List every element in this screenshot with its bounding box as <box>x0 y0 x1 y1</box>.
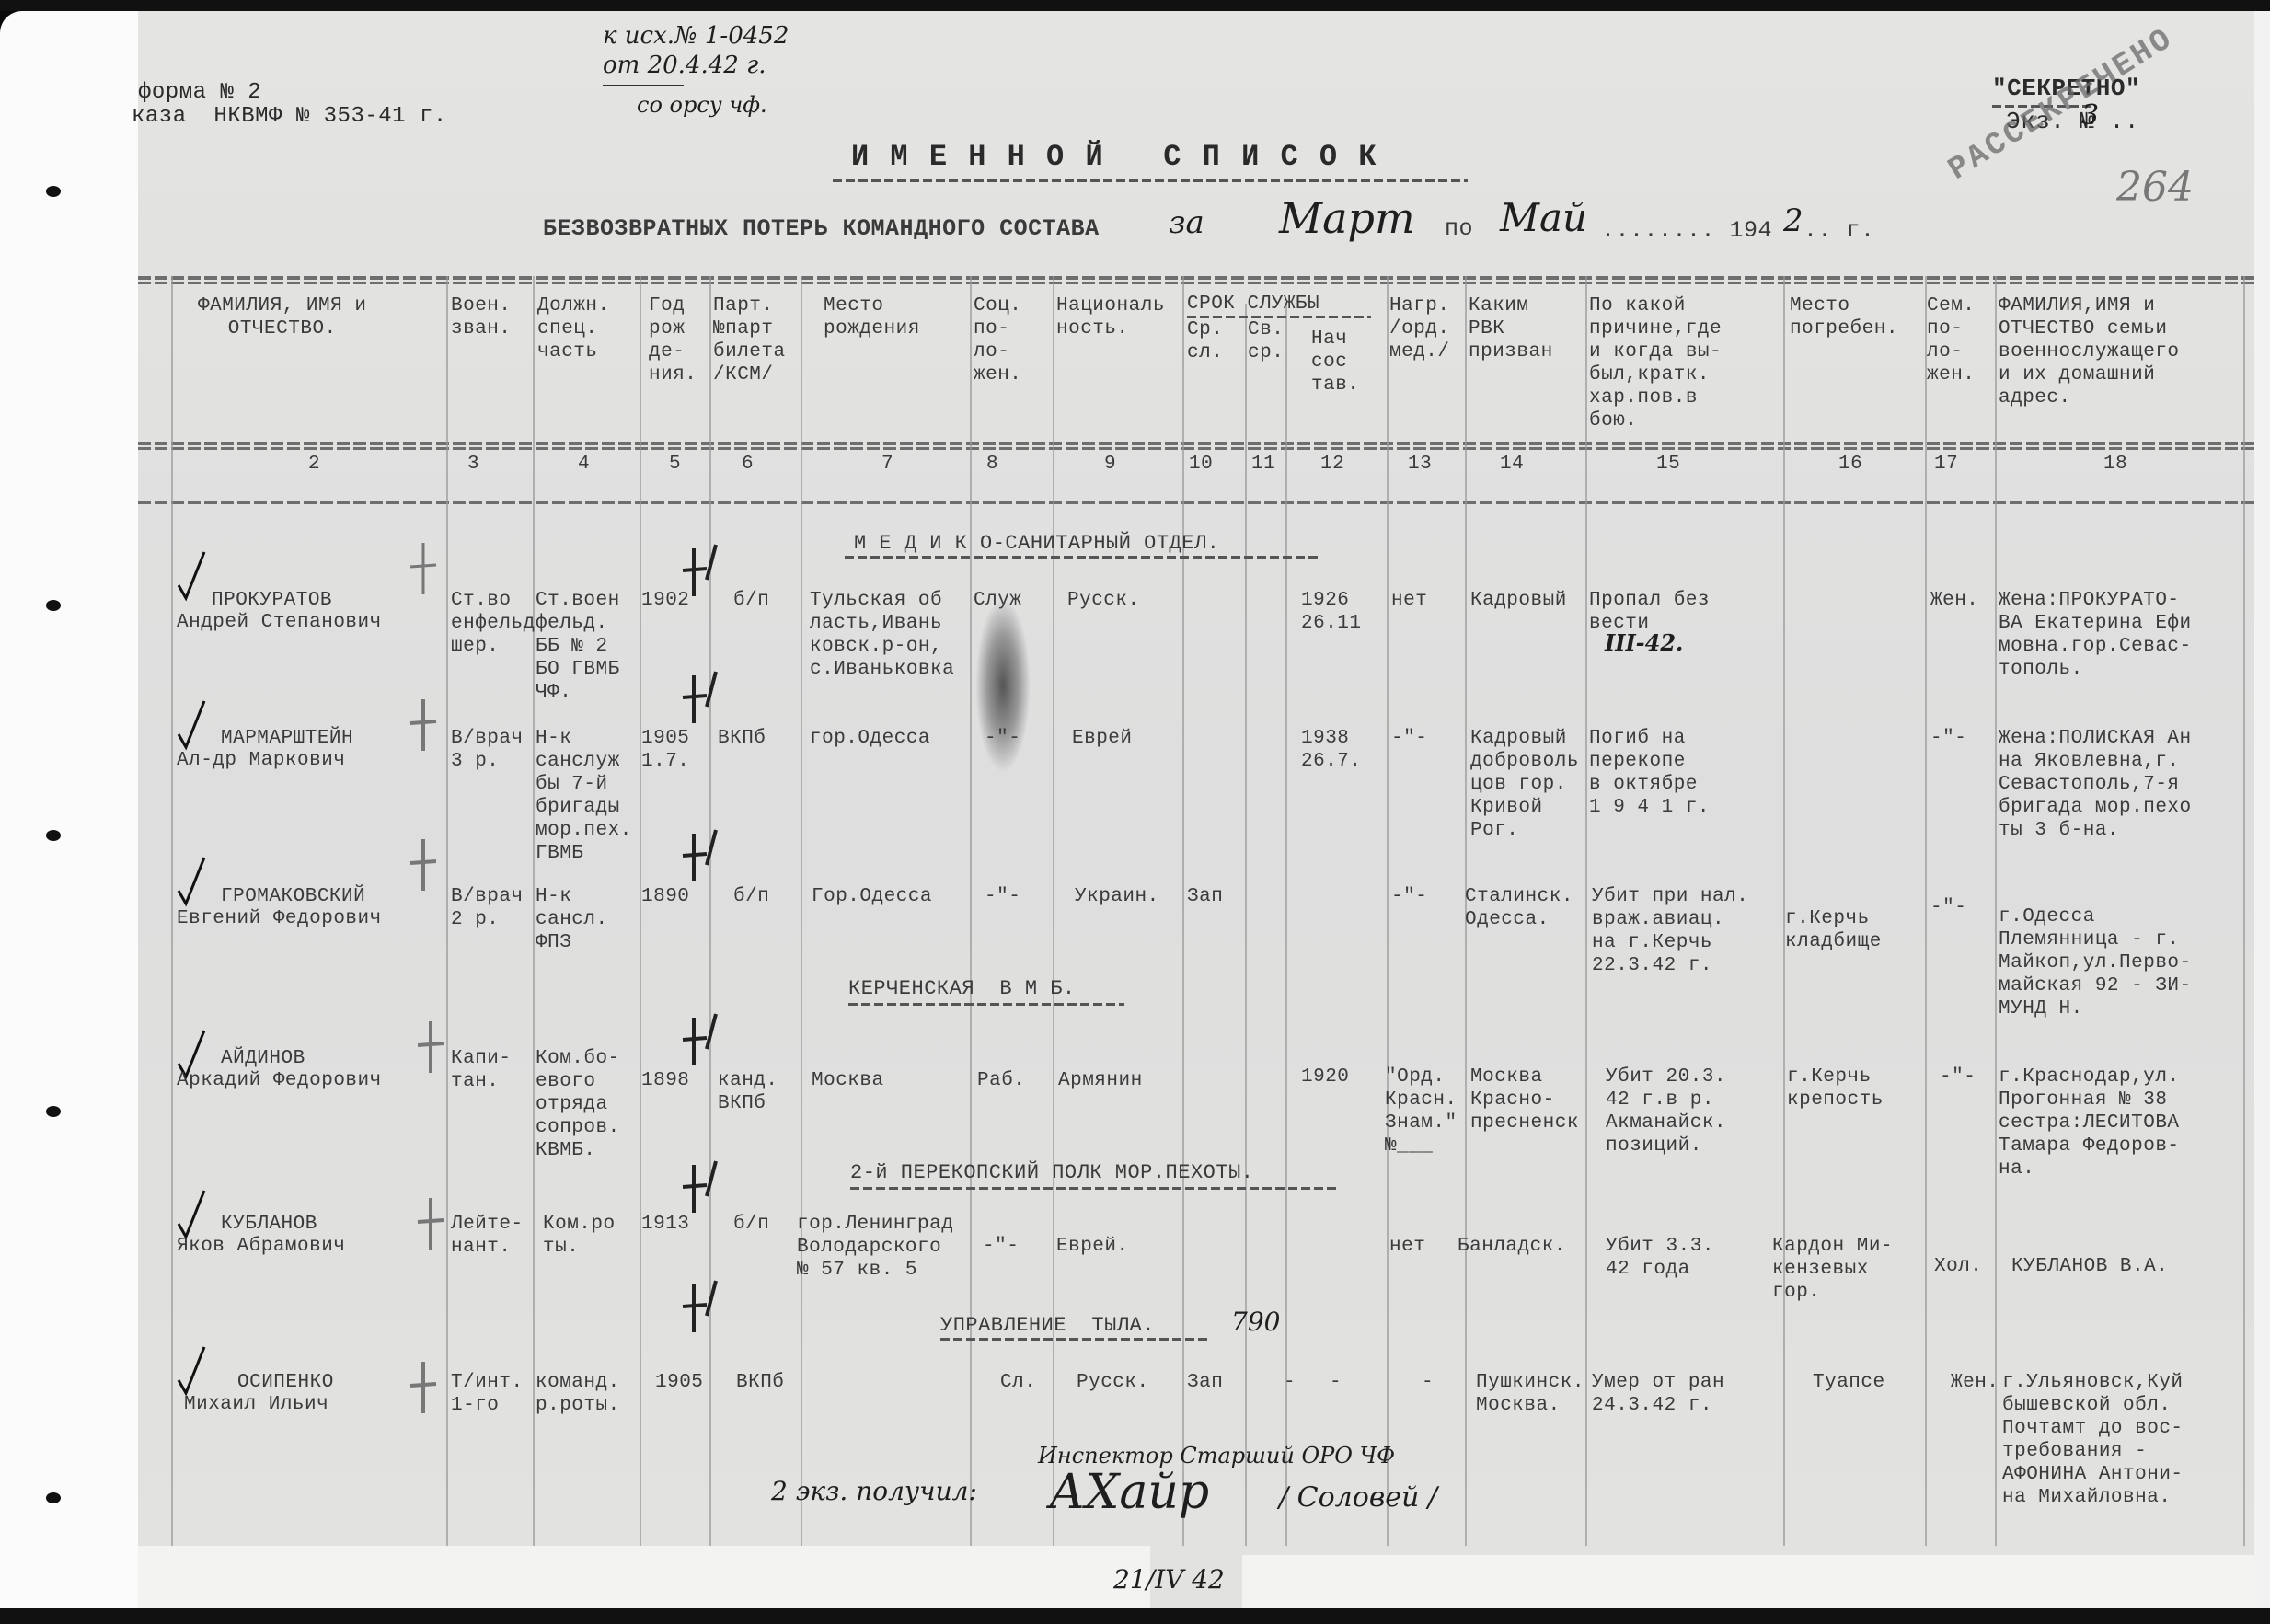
form-number: форма № 2 <box>138 81 261 104</box>
col-header-social: Соц. по- ло- жен. <box>974 294 1021 386</box>
col-number: 12 <box>1320 453 1344 476</box>
col-header-name: ФАМИЛИЯ, ИМЯ и ОТЧЕСТВО. <box>198 294 366 340</box>
surname: МАРМАРШТЕЙН <box>221 727 353 750</box>
social-status: -"- <box>985 885 1020 908</box>
burial-place: г.Керчь кладбище <box>1785 907 1882 953</box>
handwritten-ref-line1: к исх.№ 1-0452 <box>603 22 789 50</box>
position: Ст.воен фельд. ББ № 2 БО ГВМБ ЧФ. <box>536 589 620 704</box>
ink-cross-icon <box>681 1012 718 1067</box>
given-names: Андрей Степанович <box>177 611 382 634</box>
ink-cross-icon <box>681 543 718 598</box>
col-header-birthplace: Место рождения <box>824 294 920 340</box>
family-address: Жена:ПРОКУРАТО- ВА Екатерина Ефи мовна.г… <box>1999 589 2192 681</box>
birthplace: Гор.Одесса <box>812 885 932 908</box>
surname: ПРОКУРАТОВ <box>212 589 332 612</box>
column-divider <box>1387 276 1389 1546</box>
col-number: 6 <box>742 453 754 476</box>
service-start: - <box>1330 1371 1342 1394</box>
col-number: 17 <box>1934 453 1958 476</box>
column-divider <box>1053 276 1054 1546</box>
birthplace: Тульская об ласть,Ивань ковск.р-он, с.Ив… <box>810 589 954 681</box>
col-number: 7 <box>881 453 893 476</box>
family-address: Жена:ПОЛИСКАЯ Ан на Яковлевна,г. Севасто… <box>1999 727 2192 842</box>
punch-hole-icon <box>46 830 61 841</box>
col-number: 5 <box>669 453 681 476</box>
birth-year: 1898 <box>641 1069 689 1092</box>
column-divider <box>801 276 802 1546</box>
col-header-rank: Воен. зван. <box>451 294 512 340</box>
position: Ком.ро ты. <box>543 1213 616 1259</box>
col-number: 2 <box>308 453 320 476</box>
given-names: Михаил Ильич <box>184 1393 328 1416</box>
col-header-sr-sl: Ср. сл. <box>1187 318 1223 364</box>
document-page <box>138 11 2270 1608</box>
document-title: И М Е Н Н О Й С П И С О К <box>851 145 1377 168</box>
rank: Капи- тан. <box>451 1047 512 1093</box>
checkmark-icon <box>177 856 208 907</box>
col-number: 16 <box>1838 453 1862 476</box>
ink-cross-icon <box>681 828 718 883</box>
surname: ОСИПЕНКО <box>237 1371 334 1394</box>
birthplace: гор.Одесса <box>810 727 930 750</box>
service-start: 1920 <box>1301 1065 1349 1088</box>
loss-reason: Умер от ран 24.3.42 г. <box>1592 1371 1724 1417</box>
section-underline <box>848 1003 1124 1006</box>
burial-place: г.Керчь крепость <box>1787 1065 1884 1111</box>
position: Н-к санслуж бы 7-й бригады мор.пех. ГВМБ <box>536 727 632 865</box>
col-number: 9 <box>1104 453 1116 476</box>
service-start: 1938 26.7. <box>1301 727 1362 773</box>
col-number: 10 <box>1189 453 1213 476</box>
year-suffix: .. г. <box>1803 219 1875 242</box>
family-status: -"- <box>1940 1065 1976 1088</box>
birth-year: 1905 <box>655 1371 703 1394</box>
checkmark-icon <box>177 699 208 751</box>
scan-frame-top <box>0 0 2270 11</box>
section-underline <box>940 1338 1207 1341</box>
loss-reason: Убит 20.3. 42 г.в р. Акманайск. позиций. <box>1606 1065 1726 1158</box>
ink-cross-icon <box>681 1159 718 1215</box>
col-header-burial: Место погребен. <box>1790 294 1898 340</box>
birth-year: 1890 <box>641 885 689 908</box>
handwritten-ref-line2: от 20.4.42 г. <box>603 52 766 79</box>
loss-reason: Убит 3.3. 42 года <box>1606 1235 1714 1281</box>
column-divider <box>2243 276 2245 1546</box>
given-names: Ал-др Маркович <box>177 749 345 772</box>
pencil-cross-icon <box>405 1360 442 1415</box>
punch-hole-icon <box>46 1492 61 1503</box>
col-header-nationality: Националь ность. <box>1056 294 1165 340</box>
service-term: Зап <box>1187 1371 1223 1394</box>
col-header-party: Парт. №парт билета /КСМ/ <box>713 294 786 386</box>
signatory-name: / Соловей / <box>1279 1481 1437 1514</box>
column-divider <box>1925 276 1927 1546</box>
position: Ком.бо- евого отряда сопров. КВМБ. <box>536 1047 620 1162</box>
loss-reason: Пропал без вести <box>1589 589 1710 635</box>
column-divider <box>1995 276 1997 1546</box>
rank: Ст.во енфельд шер. <box>451 589 536 658</box>
position: команд. р.роты. <box>536 1371 620 1417</box>
checkmark-icon <box>177 1345 208 1397</box>
awards: нет <box>1391 589 1427 612</box>
binding-margin <box>0 11 138 1608</box>
column-divider <box>1285 304 1287 1546</box>
col-header-family-status: Сем. по- ло- жен. <box>1927 294 1975 386</box>
section-title-kerch: КЕРЧЕНСКАЯ В М Б. <box>848 977 1076 1000</box>
handwritten-underline <box>603 85 684 86</box>
party: ВКПб <box>736 1371 784 1394</box>
bottom-date: 21/IV 42 <box>1113 1564 1225 1595</box>
service-term: Зап <box>1187 885 1223 908</box>
burial-place: Кардон Ми- кензевых гор. <box>1772 1235 1893 1304</box>
column-divider <box>640 276 641 1546</box>
family-status: Жен. <box>1951 1371 1999 1394</box>
section-underline <box>845 556 1319 559</box>
column-divider <box>1585 276 1587 1546</box>
table-top-rule <box>138 276 2254 280</box>
checkmark-icon <box>177 550 208 602</box>
page-number: 264 <box>2116 164 2194 211</box>
table-top-rule <box>138 282 2254 284</box>
ink-cross-icon <box>681 1279 718 1334</box>
section-title-rear: УПРАВЛЕНИЕ ТЫЛА. <box>940 1314 1155 1337</box>
conscription-office: Кадровый доброволь цов гор. Кривой Рог. <box>1470 727 1579 842</box>
family-address: г.Ульяновск,Куй бышевской обл. Почтамт д… <box>2002 1371 2184 1509</box>
col-number: 11 <box>1251 453 1275 476</box>
given-names: Яков Абрамович <box>177 1235 345 1258</box>
col-header-reason: По какой причине,где и когда вы- был,кра… <box>1589 294 1722 432</box>
nationality: Русск. <box>1077 1371 1149 1394</box>
column-divider <box>1245 304 1247 1546</box>
received-note: 2 экз. получил: <box>771 1476 977 1506</box>
rank: В/врач 3 р. <box>451 727 524 773</box>
section-title-perekop: 2-й ПЕРЕКОПСКИЙ ПОЛК МОР.ПЕХОТЫ. <box>850 1161 1253 1184</box>
nationality: Армянин <box>1058 1069 1143 1092</box>
family-address: г.Краснодар,ул. Прогонная № 38 сестра:ЛЕ… <box>1999 1065 2180 1181</box>
pencil-cross-icon <box>405 541 442 596</box>
awards: - <box>1422 1371 1434 1394</box>
social-status: Раб. <box>977 1069 1025 1092</box>
order-reference: каза НКВМФ № 353-41 г. <box>132 105 447 128</box>
rank: Лейте- нант. <box>451 1213 524 1259</box>
rank: В/врач 2 р. <box>451 885 524 931</box>
social-status: Сл. <box>1000 1371 1036 1394</box>
service-start: 1926 26.11 <box>1301 589 1362 635</box>
family-address: г.Одесса Племянница - г. Майкоп,ул.Перво… <box>1999 905 2192 1020</box>
birthplace: Москва <box>812 1069 884 1092</box>
header-bottom-rule <box>138 442 2254 445</box>
awards: -"- <box>1391 885 1427 908</box>
subtitle-prefix: БЕЗВОЗВРАТНЫХ ПОТЕРЬ КОМАНДНОГО СОСТАВА <box>543 217 1100 240</box>
social-status: -"- <box>985 727 1020 750</box>
rank: Т/инт. 1-го <box>451 1371 524 1417</box>
ink-cross-icon <box>681 670 718 725</box>
col-header-nach-sostav: Нач сос тав. <box>1311 328 1359 397</box>
party: б/п <box>733 589 769 612</box>
paper-strip <box>138 1546 1150 1608</box>
section-title-medical: М Е Д И К О-САНИТАРНЫЙ ОТДЕЛ. <box>854 532 1219 555</box>
family-status: -"- <box>1930 896 1966 919</box>
handwritten-loss-month: III-42. <box>1605 629 1683 656</box>
given-names: Евгений Федорович <box>177 907 382 930</box>
family-status: -"- <box>1930 727 1966 750</box>
nationality: Еврей <box>1072 727 1133 750</box>
handwritten-section-note: 790 <box>1231 1307 1280 1337</box>
checkmark-icon <box>177 1189 208 1240</box>
col-number: 13 <box>1408 453 1432 476</box>
subtitle-po: по <box>1445 217 1473 240</box>
birth-year: 1913 <box>641 1213 689 1236</box>
conscription-office: Москва Красно- пресненск <box>1470 1065 1579 1134</box>
given-names: Аркадий Федорович <box>177 1069 382 1092</box>
col-group-header-service-term: СРОК СЛУЖБЫ <box>1187 293 1319 316</box>
header-bottom-rule <box>138 447 2254 450</box>
section-underline <box>850 1187 1338 1190</box>
col-header-awards: Нагр. /орд. мед./ <box>1389 294 1450 363</box>
pencil-cross-icon <box>405 837 442 893</box>
position: Н-к сансл. ФПЗ <box>536 885 608 954</box>
awards: -"- <box>1391 727 1427 750</box>
column-divider <box>533 276 535 1546</box>
burial-place: Туапсе <box>1813 1371 1885 1394</box>
punch-hole-icon <box>46 600 61 611</box>
col-header-sv-sr: Св. ср. <box>1248 318 1284 364</box>
awards: нет <box>1389 1235 1425 1258</box>
party: б/п <box>733 885 769 908</box>
service-sv-sr: - <box>1284 1371 1296 1394</box>
birthplace: гор.Ленинград Володарского № 57 кв. 5 <box>797 1213 953 1282</box>
nationality: Еврей. <box>1056 1235 1129 1258</box>
party: канд. ВКПб <box>718 1069 778 1115</box>
col-header-position: Должн. спец. часть <box>537 294 610 363</box>
signature: АХайр <box>1049 1465 1209 1520</box>
col-number: 18 <box>2103 453 2127 476</box>
nationality: Русск. <box>1067 589 1140 612</box>
nationality: Украин. <box>1075 885 1159 908</box>
birth-year: 1905 1.7. <box>641 727 689 773</box>
conscription-office: Банладск. <box>1458 1235 1566 1258</box>
numbers-bottom-rule <box>138 501 2254 504</box>
paper-strip <box>1242 1555 2254 1608</box>
party: б/п <box>733 1213 769 1236</box>
col-number: 14 <box>1500 453 1524 476</box>
family-address: КУБЛАНОВ В.А. <box>2011 1255 2168 1278</box>
subtitle-za: за <box>1169 204 1204 241</box>
col-header-birth-year: Год рож де- ния. <box>649 294 697 386</box>
pencil-cross-icon <box>412 1019 449 1075</box>
conscription-office: Сталинск. Одесса. <box>1465 885 1573 931</box>
handwritten-ref-line3: со орсу чф. <box>637 92 767 118</box>
year-prefix: ........ 194 <box>1601 219 1772 242</box>
surname: ГРОМАКОВСКИЙ <box>221 885 365 908</box>
month-to: Май <box>1500 195 1587 240</box>
loss-reason: Погиб на перекопе в октябре 1 9 4 1 г. <box>1589 727 1710 819</box>
column-divider <box>171 276 173 1546</box>
col-number: 4 <box>578 453 590 476</box>
pencil-cross-icon <box>405 697 442 753</box>
conscription-office: Кадровый <box>1470 589 1567 612</box>
month-from: Март <box>1279 193 1415 243</box>
family-status: Хол. <box>1934 1255 1982 1278</box>
column-divider <box>446 276 448 1546</box>
col-header-family-address: ФАМИЛИЯ,ИМЯ и ОТЧЕСТВО семьи военнослужа… <box>1999 294 2180 409</box>
col-number: 3 <box>467 453 479 476</box>
scan-frame-bottom <box>0 1608 2270 1624</box>
social-status: -"- <box>983 1235 1019 1258</box>
pencil-cross-icon <box>412 1196 449 1251</box>
col-number: 8 <box>986 453 998 476</box>
surname: КУБЛАНОВ <box>221 1213 317 1236</box>
surname: АЙДИНОВ <box>221 1047 305 1070</box>
title-underline <box>833 179 1468 182</box>
col-number: 15 <box>1656 453 1680 476</box>
page-edge <box>2254 11 2270 1608</box>
family-status: Жен. <box>1930 589 1978 612</box>
punch-hole-icon <box>46 186 61 197</box>
loss-reason: Убит при нал. враж.авиац. на г.Керчь 22.… <box>1592 885 1748 977</box>
punch-hole-icon <box>46 1106 61 1117</box>
party: ВКПб <box>718 727 766 750</box>
year-digit: 2 <box>1783 202 1803 239</box>
column-divider <box>970 276 972 1546</box>
awards: "Орд. Красн. Знам." №___ <box>1385 1065 1458 1158</box>
column-divider <box>1182 276 1184 1546</box>
col-header-rvk: Каким РВК призван <box>1469 294 1553 363</box>
conscription-office: Пушкинск. Москва. <box>1476 1371 1584 1417</box>
column-divider <box>709 276 711 1546</box>
